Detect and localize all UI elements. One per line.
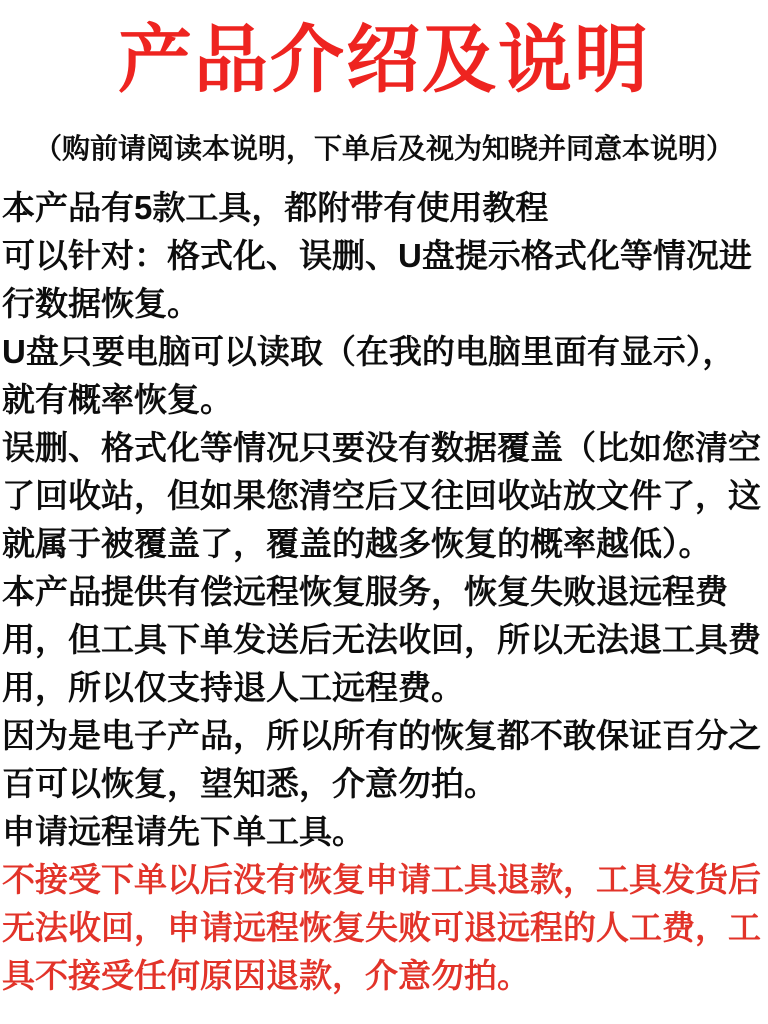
body-line: 用，所以仅支持退人工远程费。 xyxy=(2,664,768,712)
body-line: 申请远程请先下单工具。 xyxy=(2,808,768,856)
body-line: 就有概率恢复。 xyxy=(2,376,768,424)
body-line: 无法收回，申请远程恢复失败可退远程的人工费，工 xyxy=(2,904,768,952)
body-line: U盘只要电脑可以读取（在我的电脑里面有显示）， xyxy=(2,328,768,376)
body-line: 具不接受任何原因退款，介意勿拍。 xyxy=(2,952,768,1000)
body-line: 就属于被覆盖了，覆盖的越多恢复的概率越低）。 xyxy=(2,520,768,568)
page-title: 产品介绍及说明 xyxy=(0,12,768,107)
body-line: 本产品有5款工具，都附带有使用教程 xyxy=(2,184,768,232)
body-line: 因为是电子产品，所以所有的恢复都不敢保证百分之 xyxy=(2,712,768,760)
body-line: 本产品提供有偿远程恢复服务，恢复失败退远程费 xyxy=(2,568,768,616)
page-subtitle: （购前请阅读本说明，下单后及视为知晓并同意本说明） xyxy=(0,129,768,169)
body-line: 百可以恢复，望知悉，介意勿拍。 xyxy=(2,760,768,808)
body-text: 本产品有5款工具，都附带有使用教程 可以针对：格式化、误删、U盘提示格式化等情况… xyxy=(0,184,768,1000)
body-line: 了回收站，但如果您清空后又往回收站放文件了，这 xyxy=(2,472,768,520)
body-line: 可以针对：格式化、误删、U盘提示格式化等情况进 xyxy=(2,232,768,280)
body-line: 行数据恢复。 xyxy=(2,280,768,328)
body-line: 用，但工具下单发送后无法收回，所以无法退工具费 xyxy=(2,616,768,664)
product-notice-page: 产品介绍及说明 （购前请阅读本说明，下单后及视为知晓并同意本说明） 本产品有5款… xyxy=(0,0,768,1024)
body-line: 误删、格式化等情况只要没有数据覆盖（比如您清空 xyxy=(2,424,768,472)
body-line: 不接受下单以后没有恢复申请工具退款，工具发货后 xyxy=(2,856,768,904)
